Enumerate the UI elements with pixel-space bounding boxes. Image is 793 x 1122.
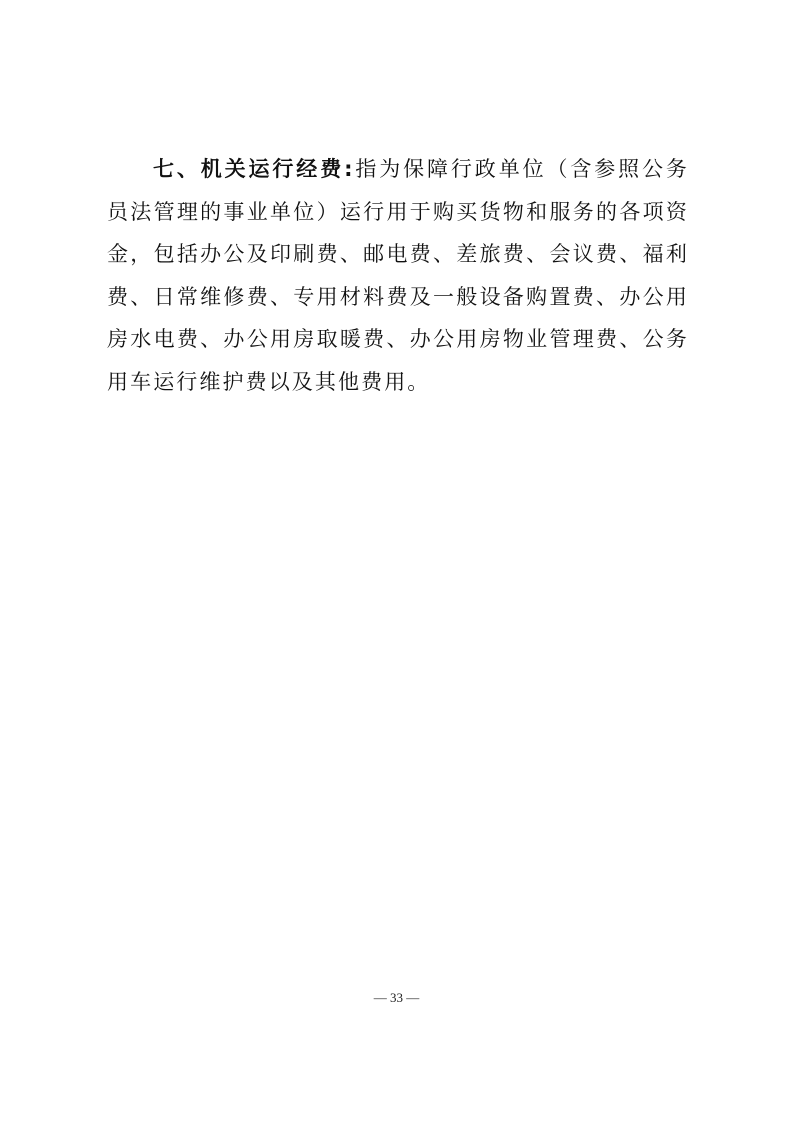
section-body-text: 指为保障行政单位（含参照公务员法管理的事业单位）运行用于购买货物和服务的各项资金… [107,157,689,394]
paragraph-operating-expenses: 七、机关运行经费:指为保障行政单位（含参照公务员法管理的事业单位）运行用于购买货… [107,148,689,403]
section-heading-text: 七、机关运行经费 [153,157,344,181]
document-page: 七、机关运行经费:指为保障行政单位（含参照公务员法管理的事业单位）运行用于购买货… [0,0,793,1122]
page-number: — 33 — [0,990,793,1006]
section-heading-colon: : [344,157,355,181]
section-heading: 七、机关运行经费: [153,157,355,181]
